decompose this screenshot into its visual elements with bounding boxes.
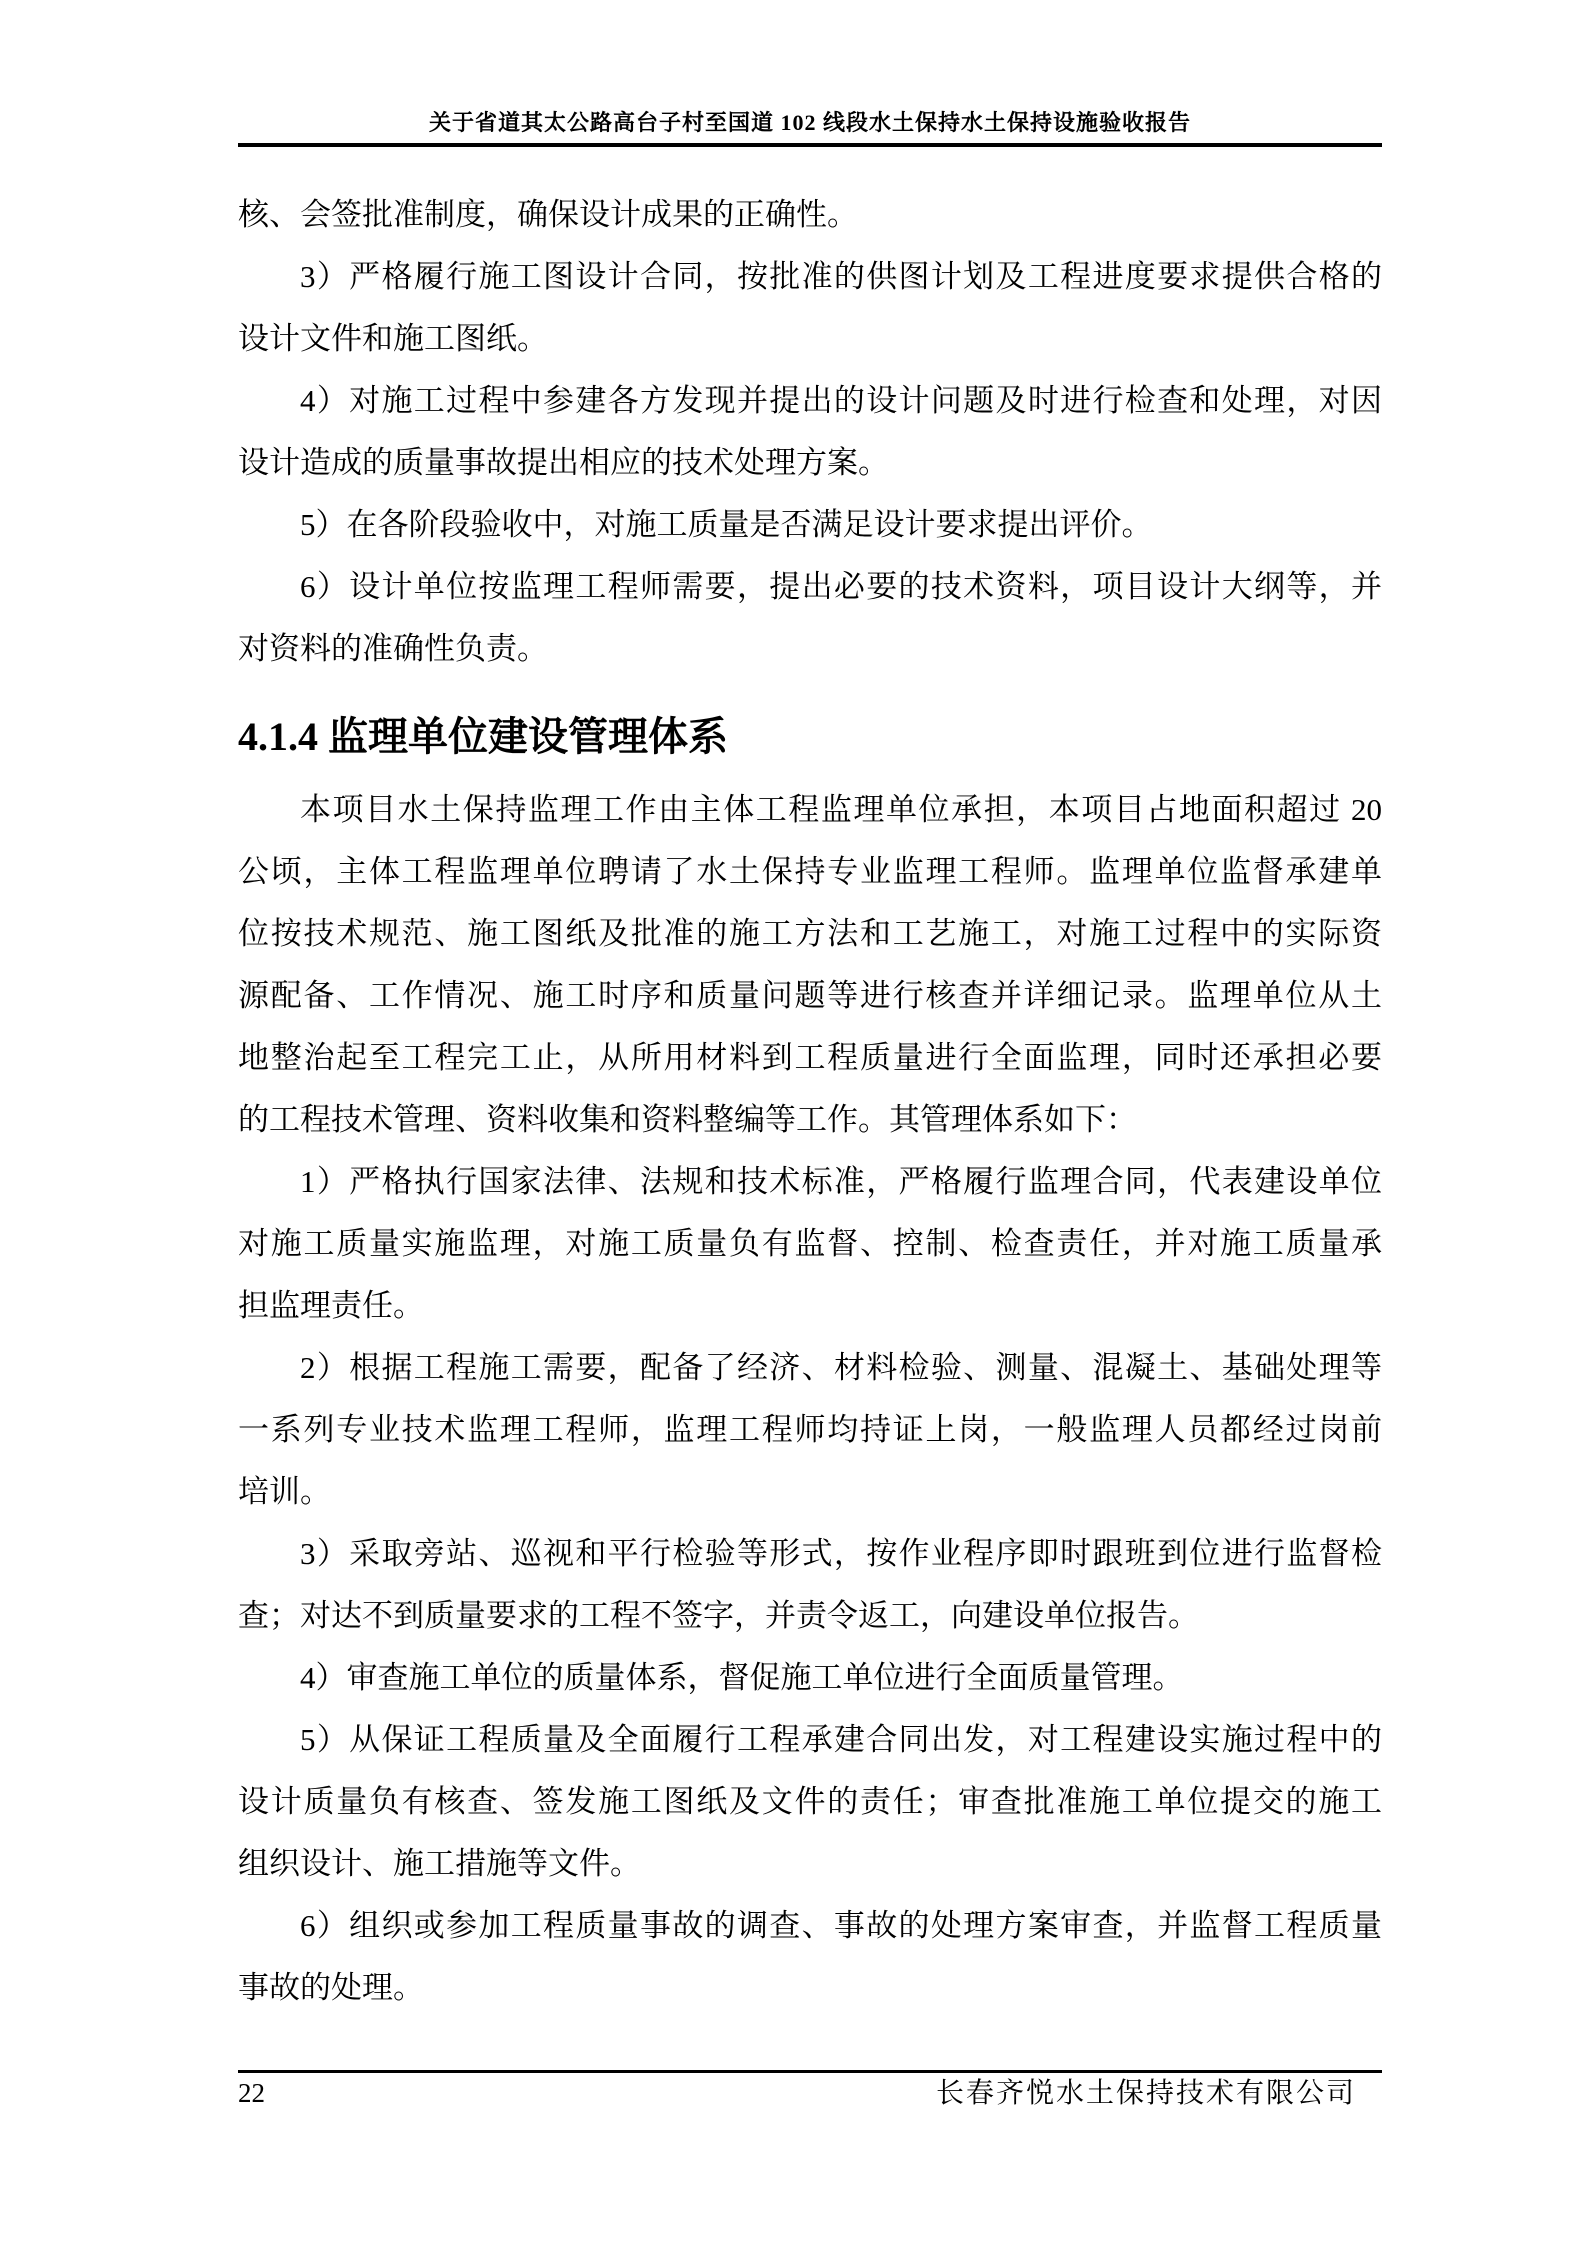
body-line: 位按技术规范、施工图纸及批准的施工方法和工艺施工，对施工过程中的实际资 <box>238 903 1382 965</box>
body-line: 4）审查施工单位的质量体系，督促施工单位进行全面质量管理。 <box>238 1647 1382 1709</box>
body-line: 的工程技术管理、资料收集和资料整编等工作。其管理体系如下： <box>238 1089 1382 1151</box>
body-line: 源配备、工作情况、施工时序和质量问题等进行核查并详细记录。监理单位从土 <box>238 965 1382 1027</box>
body-line: 设计造成的质量事故提出相应的技术处理方案。 <box>238 432 1382 494</box>
body-line: 培训。 <box>238 1461 1382 1523</box>
body-line: 3）采取旁站、巡视和平行检验等形式，按作业程序即时跟班到位进行监督检 <box>238 1523 1382 1585</box>
body-line: 2）根据工程施工需要，配备了经济、材料检验、测量、混凝土、基础处理等 <box>238 1337 1382 1399</box>
body-line: 1）严格执行国家法律、法规和技术标准，严格履行监理合同，代表建设单位 <box>238 1151 1382 1213</box>
section-heading: 4.1.4 监理单位建设管理体系 <box>238 706 1382 768</box>
document-page: 关于省道其太公路高台子村至国道 102 线段水土保持水土保持设施验收报告 核、会… <box>0 0 1587 2245</box>
body-line: 3）严格履行施工图设计合同，按批准的供图计划及工程进度要求提供合格的 <box>238 246 1382 308</box>
document-body: 核、会签批准制度，确保设计成果的正确性。3）严格履行施工图设计合同，按批准的供图… <box>238 147 1382 2019</box>
body-line: 设计质量负有核查、签发施工图纸及文件的责任；审查批准施工单位提交的施工 <box>238 1771 1382 1833</box>
body-line: 对资料的准确性负责。 <box>238 618 1382 680</box>
page-header: 关于省道其太公路高台子村至国道 102 线段水土保持水土保持设施验收报告 <box>238 0 1382 147</box>
footer-company-name: 长春齐悦水土保持技术有限公司 <box>936 2078 1382 2110</box>
body-line: 设计文件和施工图纸。 <box>238 308 1382 370</box>
body-line: 5）在各阶段验收中，对施工质量是否满足设计要求提出评价。 <box>238 494 1382 556</box>
page-header-title: 关于省道其太公路高台子村至国道 102 线段水土保持水土保持设施验收报告 <box>238 110 1382 136</box>
body-line: 公顷，主体工程监理单位聘请了水土保持专业监理工程师。监理单位监督承建单 <box>238 841 1382 903</box>
body-line: 4）对施工过程中参建各方发现并提出的设计问题及时进行检查和处理，对因 <box>238 370 1382 432</box>
body-line: 地整治起至工程完工止，从所用材料到工程质量进行全面监理，同时还承担必要 <box>238 1027 1382 1089</box>
body-line: 查；对达不到质量要求的工程不签字，并责令返工，向建设单位报告。 <box>238 1585 1382 1647</box>
body-line: 6）设计单位按监理工程师需要，提出必要的技术资料，项目设计大纲等，并 <box>238 556 1382 618</box>
body-line: 5）从保证工程质量及全面履行工程承建合同出发，对工程建设实施过程中的 <box>238 1709 1382 1771</box>
body-line: 对施工质量实施监理，对施工质量负有监督、控制、检查责任，并对施工质量承 <box>238 1213 1382 1275</box>
body-line: 核、会签批准制度，确保设计成果的正确性。 <box>238 184 1382 246</box>
body-line: 事故的处理。 <box>238 1957 1382 2019</box>
page-number: 22 <box>238 2078 265 2108</box>
body-line: 本项目水土保持监理工作由主体工程监理单位承担，本项目占地面积超过 20 <box>238 779 1382 841</box>
body-line: 组织设计、施工措施等文件。 <box>238 1833 1382 1895</box>
page-footer: 22 长春齐悦水土保持技术有限公司 <box>238 2070 1382 2110</box>
body-line: 一系列专业技术监理工程师，监理工程师均持证上岗，一般监理人员都经过岗前 <box>238 1399 1382 1461</box>
body-line: 6）组织或参加工程质量事故的调查、事故的处理方案审查，并监督工程质量 <box>238 1895 1382 1957</box>
body-line: 担监理责任。 <box>238 1275 1382 1337</box>
